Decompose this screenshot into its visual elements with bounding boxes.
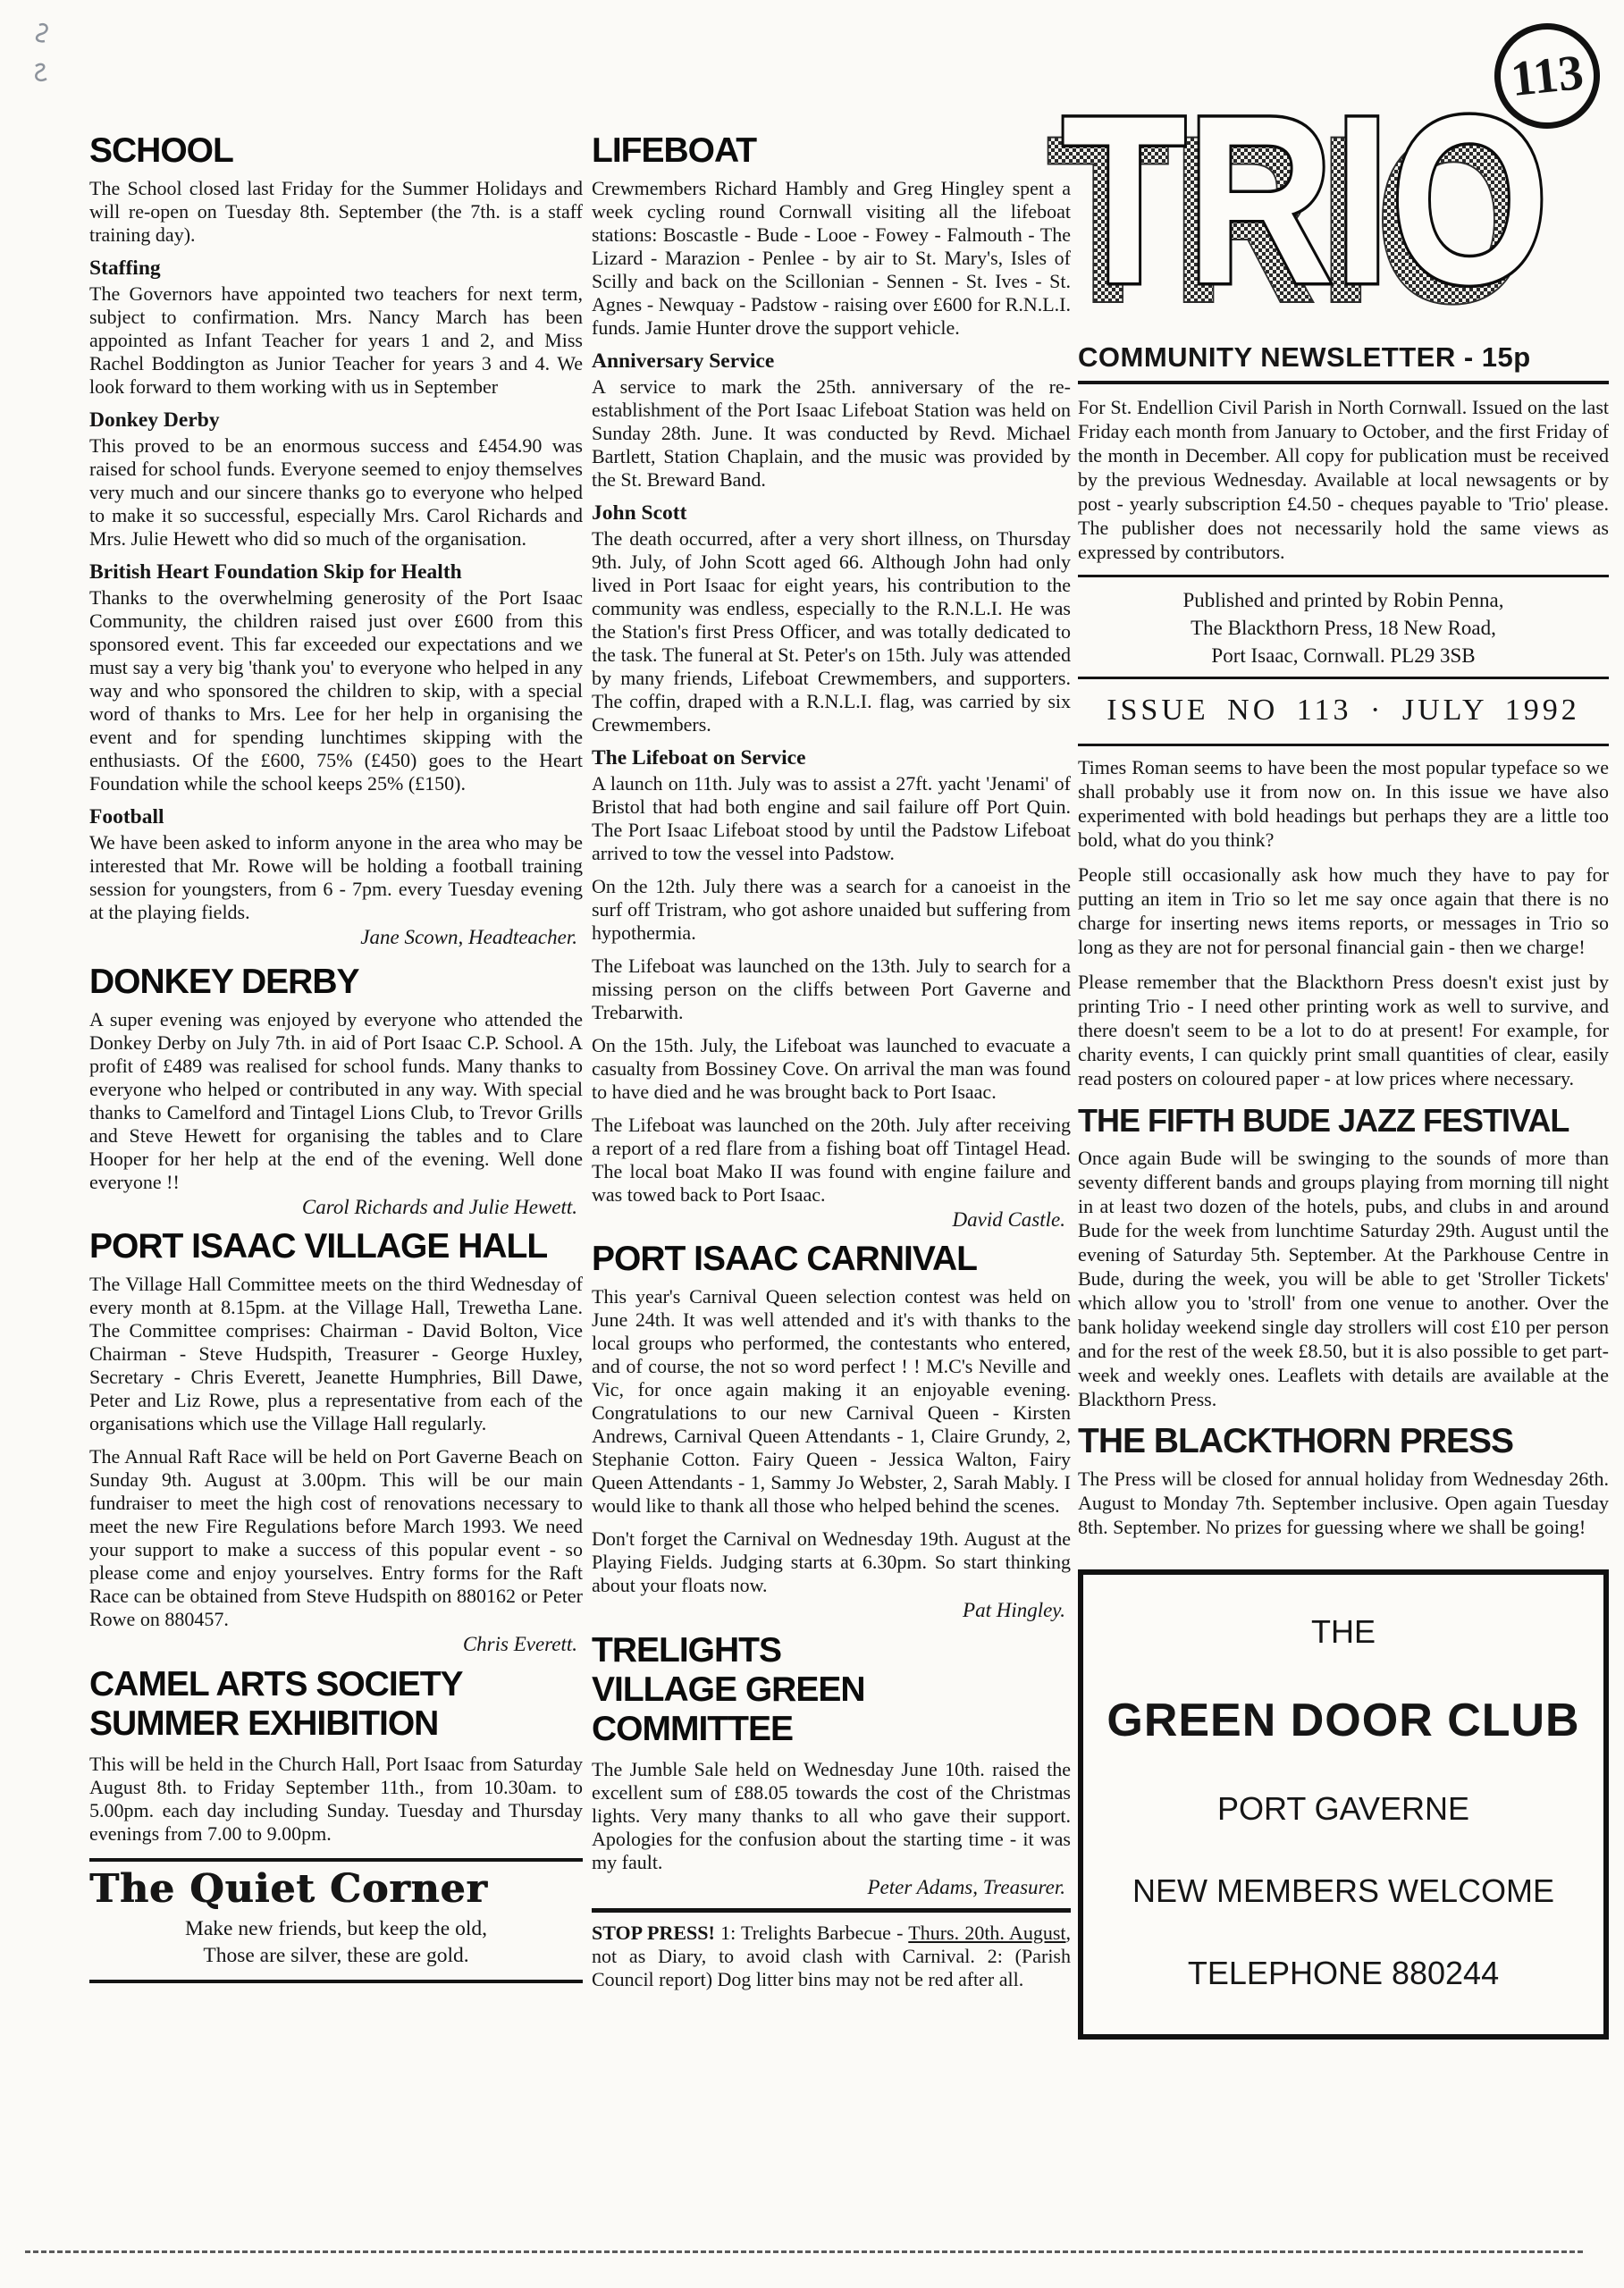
village-hall-heading: PORT ISAAC VILLAGE HALL: [89, 1228, 583, 1266]
lifeboat-service-para5: The Lifeboat was launched on the 20th. J…: [592, 1114, 1071, 1207]
village-hall-para1: The Village Hall Committee meets on the …: [89, 1273, 583, 1435]
donkey-derby-heading: DONKEY DERBY: [89, 963, 583, 1001]
carnival-signature: Pat Hingley.: [592, 1599, 1065, 1622]
john-scott-subheading: John Scott: [592, 501, 1071, 526]
quiet-corner-verse-line2: Those are silver, these are gold.: [89, 1942, 583, 1969]
lifeboat-intro: Crewmembers Richard Hambly and Greg Hing…: [592, 177, 1071, 340]
stop-press-label: STOP PRESS!: [592, 1922, 715, 1944]
camel-arts-heading: CAMEL ARTS SOCIETY SUMMER EXHIBITION: [89, 1665, 583, 1744]
middle-column: LIFEBOAT Crewmembers Richard Hambly and …: [592, 132, 1071, 1991]
trelights-text: The Jumble Sale held on Wednesday June 1…: [592, 1758, 1071, 1874]
about-text: For St. Endellion Civil Parish in North …: [1078, 395, 1609, 564]
editorial-para1: Times Roman seems to have been the most …: [1078, 755, 1609, 852]
article-camel-arts: CAMEL ARTS SOCIETY SUMMER EXHIBITION Thi…: [89, 1665, 583, 1846]
trelights-signature: Peter Adams, Treasurer.: [592, 1876, 1065, 1899]
anniversary-subheading: Anniversary Service: [592, 349, 1071, 374]
editorial-para2: People still occasionally ask how much t…: [1078, 862, 1609, 959]
lifeboat-service-para4: On the 15th. July, the Lifeboat was laun…: [592, 1034, 1071, 1104]
carnival-para1: This year's Carnival Queen selection con…: [592, 1285, 1071, 1518]
school-signature: Jane Scown, Headteacher.: [89, 926, 577, 949]
donkey-derby-text: A super evening was enjoyed by everyone …: [89, 1008, 583, 1194]
anniversary-text: A service to mark the 25th. anniversary …: [592, 375, 1071, 492]
blackthorn-press-text: The Press will be closed for annual holi…: [1078, 1467, 1609, 1539]
trelights-heading: TRELIGHTS VILLAGE GREEN COMMITTEE: [592, 1631, 1071, 1749]
camel-arts-text: This will be held in the Church Hall, Po…: [89, 1753, 583, 1846]
school-heading: SCHOOL: [89, 132, 583, 170]
jazz-festival-text: Once again Bude will be swinging to the …: [1078, 1146, 1609, 1411]
football-text: We have been asked to inform anyone in t…: [89, 831, 583, 924]
carnival-para2: Don't forget the Carnival on Wednesday 1…: [592, 1527, 1071, 1597]
article-jazz-festival: THE FIFTH BUDE JAZZ FESTIVAL Once again …: [1078, 1103, 1609, 1411]
trelights-heading-line2: VILLAGE GREEN COMMITTEE: [592, 1670, 865, 1748]
green-door-telephone: TELEPHONE 880244: [1096, 1956, 1591, 1991]
editorial-para3: Please remember that the Blackthorn Pres…: [1078, 970, 1609, 1090]
trelights-heading-line1: TRELIGHTS: [592, 1631, 781, 1670]
newsletter-page: TRIO TRIO 113 SCHOOL The School closed l…: [0, 0, 1624, 2288]
lifeboat-signature: David Castle.: [592, 1208, 1065, 1232]
article-carnival: PORT ISAAC CARNIVAL This year's Carnival…: [592, 1241, 1071, 1622]
lifeboat-heading: LIFEBOAT: [592, 132, 1071, 170]
jazz-festival-heading: THE FIFTH BUDE JAZZ FESTIVAL: [1078, 1103, 1609, 1139]
divider-rule-2: [1078, 677, 1609, 679]
divider-rule-3: [1078, 744, 1609, 746]
school-donkey-text: This proved to be an enormous success an…: [89, 434, 583, 551]
village-hall-para2: The Annual Raft Race will be held on Por…: [89, 1445, 583, 1631]
stop-press-text: STOP PRESS! 1: Trelights Barbecue - Thur…: [592, 1922, 1071, 1991]
quiet-corner: The Quiet Corner Make new friends, but k…: [89, 1858, 583, 1983]
lifeboat-service-subheading: The Lifeboat on Service: [592, 746, 1071, 770]
publisher-block: Published and printed by Robin Penna, Th…: [1078, 586, 1609, 669]
bottom-dashed-line: [25, 2250, 1583, 2253]
green-door-line-the: THE: [1096, 1614, 1591, 1650]
green-door-club-name: GREEN DOOR CLUB: [1096, 1696, 1591, 1745]
left-column: SCHOOL The School closed last Friday for…: [89, 132, 583, 1983]
quiet-corner-verse-line1: Make new friends, but keep the old,: [89, 1915, 583, 1942]
quiet-corner-heading: The Quiet Corner: [89, 1867, 583, 1912]
article-village-hall: PORT ISAAC VILLAGE HALL The Village Hall…: [89, 1228, 583, 1656]
blackthorn-press-heading: THE BLACKTHORN PRESS: [1078, 1424, 1609, 1459]
green-door-location: PORT GAVERNE: [1096, 1791, 1591, 1827]
divider-rule-1: [1078, 575, 1609, 577]
article-school: SCHOOL The School closed last Friday for…: [89, 132, 583, 949]
stop-press: STOP PRESS! 1: Trelights Barbecue - Thur…: [592, 1908, 1071, 1991]
village-hall-signature: Chris Everett.: [89, 1633, 577, 1656]
article-lifeboat: LIFEBOAT Crewmembers Richard Hambly and …: [592, 132, 1071, 1232]
carnival-heading: PORT ISAAC CARNIVAL: [592, 1241, 1071, 1278]
stop-press-underlined-date: Thurs. 20th. August: [908, 1922, 1065, 1944]
bhf-subheading: British Heart Foundation Skip for Health: [89, 560, 583, 585]
issue-line: ISSUE NO 113 · JULY 1992: [1078, 688, 1609, 736]
donkey-derby-signature: Carol Richards and Julie Hewett.: [89, 1196, 577, 1219]
bhf-text: Thanks to the overwhelming generosity of…: [89, 586, 583, 795]
pencil-scribble: [23, 20, 68, 100]
publisher-line2: The Blackthorn Press, 18 New Road,: [1078, 614, 1609, 642]
football-subheading: Football: [89, 805, 583, 829]
trio-logo-text: TRIO: [1062, 65, 1549, 333]
article-donkey-derby: DONKEY DERBY A super evening was enjoyed…: [89, 963, 583, 1219]
john-scott-text: The death occurred, after a very short i…: [592, 527, 1071, 736]
camel-arts-heading-line1: CAMEL ARTS SOCIETY: [89, 1665, 463, 1703]
lifeboat-service-para2: On the 12th. July there was a search for…: [592, 875, 1071, 945]
publisher-line3: Port Isaac, Cornwall. PL29 3SB: [1078, 642, 1609, 669]
right-column: COMMUNITY NEWSLETTER - 15p For St. Endel…: [1078, 341, 1609, 2040]
lifeboat-service-para3: The Lifeboat was launched on the 13th. J…: [592, 955, 1071, 1024]
staffing-text: The Governors have appointed two teacher…: [89, 282, 583, 399]
publisher-line1: Published and printed by Robin Penna,: [1078, 586, 1609, 614]
article-blackthorn-press: THE BLACKTHORN PRESS The Press will be c…: [1078, 1424, 1609, 1539]
camel-arts-heading-line2: SUMMER EXHIBITION: [89, 1704, 438, 1743]
staffing-subheading: Staffing: [89, 257, 583, 281]
green-door-club-ad: THE GREEN DOOR CLUB PORT GAVERNE NEW MEM…: [1078, 1569, 1609, 2040]
lifeboat-service-para1: A launch on 11th. July was to assist a 2…: [592, 772, 1071, 865]
stop-press-seg-a: 1: Trelights Barbecue -: [715, 1922, 908, 1944]
article-trelights: TRELIGHTS VILLAGE GREEN COMMITTEE The Ju…: [592, 1631, 1071, 1899]
school-donkey-subheading: Donkey Derby: [89, 408, 583, 433]
green-door-members-line: NEW MEMBERS WELCOME: [1096, 1873, 1591, 1909]
school-intro: The School closed last Friday for the Su…: [89, 177, 583, 247]
